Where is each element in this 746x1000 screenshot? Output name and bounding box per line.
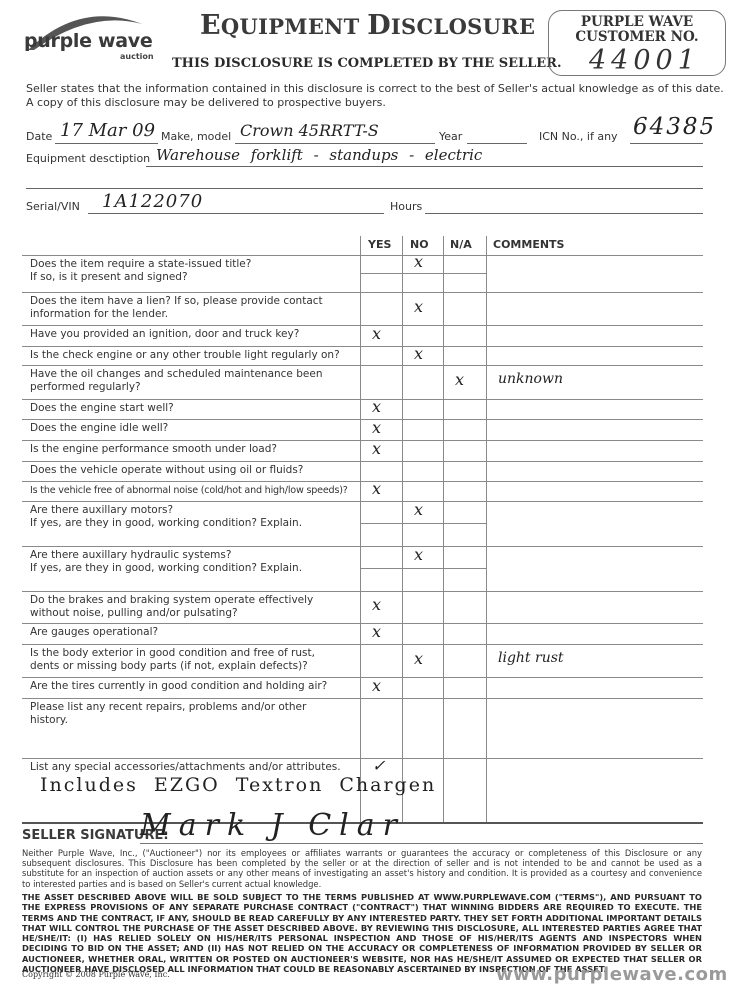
answer-cell-na[interactable]: [443, 546, 486, 568]
answer-cell-na[interactable]: [443, 481, 486, 501]
answer-cell-na[interactable]: [443, 591, 486, 623]
answer-cell-no[interactable]: [402, 440, 443, 461]
answer-cell-na[interactable]: [443, 365, 486, 399]
answer-cell-yes[interactable]: [360, 365, 402, 399]
x-mark-icon: x: [372, 676, 381, 695]
question-text: Are gauges operational?: [30, 626, 158, 639]
disclaimer-text: Neither Purple Wave, Inc., ("Auctioneer"…: [22, 848, 702, 889]
answer-cell-na[interactable]: [443, 677, 486, 698]
col-na-header: N/A: [450, 238, 472, 251]
answer-cell-no[interactable]: [402, 419, 443, 440]
answer-cell-na[interactable]: [443, 501, 486, 523]
question-text: Is the vehicle free of abnormal noise (c…: [30, 484, 348, 497]
question-text: Is the engine performance smooth under l…: [30, 443, 277, 456]
answer-cell-yes[interactable]: [360, 292, 402, 325]
serial-label: Serial/VIN: [26, 200, 80, 213]
date-label: Date: [26, 130, 52, 143]
description-field[interactable]: Warehouse forklift - standups - electric: [156, 146, 482, 164]
x-mark-icon: x: [372, 622, 381, 641]
answer-cell-na[interactable]: [443, 346, 486, 365]
answer-cell-no[interactable]: [402, 677, 443, 698]
answer-cell-na[interactable]: [443, 461, 486, 481]
question-text: Does the engine start well?: [30, 402, 174, 415]
col-comments-header: COMMENTS: [493, 238, 564, 251]
make-model-field[interactable]: Crown 45RRTT-S: [240, 121, 379, 140]
col-yes-header: YES: [368, 238, 391, 251]
question-text: List any special accessories/attachments…: [30, 761, 341, 774]
table-split-rule: [360, 273, 486, 274]
intro-statement: Seller states that the information conta…: [26, 82, 726, 109]
year-label: Year: [439, 130, 462, 143]
x-mark-icon: x: [372, 418, 381, 437]
description-label: Equipment desctiption: [26, 152, 150, 165]
question-text: Is the body exterior in good condition a…: [30, 647, 315, 673]
answer-cell-no[interactable]: [402, 481, 443, 501]
x-mark-icon: x: [372, 439, 381, 458]
x-mark-icon: x: [455, 370, 464, 389]
x-mark-icon: x: [414, 500, 423, 519]
x-mark-icon: x: [414, 545, 423, 564]
answer-cell-na[interactable]: [443, 623, 486, 644]
terms-text: THE ASSET DESCRIBED ABOVE WILL BE SOLD S…: [22, 892, 702, 974]
answer-cell-na[interactable]: [443, 292, 486, 325]
seller-signature[interactable]: Mark J Clar: [140, 808, 405, 843]
x-mark-icon: x: [372, 479, 381, 498]
answer-cell-no[interactable]: [402, 399, 443, 419]
x-mark-icon: x: [372, 324, 381, 343]
answer-cell-na[interactable]: [443, 644, 486, 677]
page-title: EQUIPMENT DISCLOSURE: [200, 10, 535, 41]
question-text: Please list any recent repairs, problems…: [30, 701, 306, 727]
answer-cell-na[interactable]: [443, 758, 486, 822]
answer-cell-no[interactable]: [402, 461, 443, 481]
answer-cell-na[interactable]: [443, 419, 486, 440]
customer-number-box: PURPLE WAVE CUSTOMER NO. 44001: [548, 10, 726, 76]
question-text: Does the engine idle well?: [30, 422, 168, 435]
description-extra-line: [26, 188, 703, 189]
question-text: Have the oil changes and scheduled maint…: [30, 368, 322, 394]
serial-field[interactable]: 1A122070: [102, 191, 203, 212]
x-mark-icon: x: [414, 344, 423, 363]
comment-field[interactable]: light rust: [498, 650, 564, 666]
answer-cell-yes[interactable]: [360, 501, 402, 523]
answer-cell-yes[interactable]: [360, 346, 402, 365]
icn-field[interactable]: 64385: [633, 114, 716, 140]
answer-cell-na[interactable]: [443, 255, 486, 273]
x-mark-icon: x: [372, 397, 381, 416]
answer-cell-na[interactable]: [443, 325, 486, 346]
x-mark-icon: x: [414, 297, 423, 316]
logo-subtext: auction: [120, 52, 154, 61]
answer-cell-yes[interactable]: [360, 698, 402, 758]
question-text: Are the tires currently in good conditio…: [30, 680, 327, 693]
hours-label: Hours: [390, 200, 422, 213]
answer-cell-no[interactable]: [402, 365, 443, 399]
date-field[interactable]: 17 Mar 09: [60, 120, 155, 141]
copyright: Copyright © 2008 Purple Wave, Inc.: [22, 970, 170, 979]
make-model-label: Make, model: [161, 130, 231, 143]
purple-wave-logo: purple wave auction: [20, 10, 170, 62]
table-split-rule: [360, 568, 486, 569]
question-text: Does the item have a lien? If so, please…: [30, 295, 323, 321]
website-link[interactable]: www.purplewave.com: [496, 964, 728, 985]
col-no-header: NO: [410, 238, 429, 251]
answer-cell-no[interactable]: [402, 698, 443, 758]
customer-number-label: PURPLE WAVE CUSTOMER NO.: [549, 15, 725, 45]
page-subtitle: THIS DISCLOSURE IS COMPLETED BY THE SELL…: [172, 56, 562, 71]
answer-cell-na[interactable]: [443, 698, 486, 758]
customer-number-value[interactable]: 44001: [589, 45, 700, 76]
table-split-rule: [360, 523, 486, 524]
question-text: Does the vehicle operate without using o…: [30, 464, 303, 477]
logo-text: purple wave: [24, 30, 152, 52]
accessories-field[interactable]: Includes EZGO Textron Chargen: [40, 774, 436, 796]
question-text: Are there auxillary motors? If yes, are …: [30, 504, 302, 530]
table-column-rule: [486, 236, 487, 822]
question-text: Have you provided an ignition, door and …: [30, 328, 299, 341]
answer-cell-yes[interactable]: [360, 644, 402, 677]
question-text: Are there auxillary hydraulic systems? I…: [30, 549, 302, 575]
question-text: Do the brakes and braking system operate…: [30, 594, 313, 620]
x-mark-icon: x: [372, 595, 381, 614]
question-text: Does the item require a state-issued tit…: [30, 258, 251, 284]
icn-label: ICN No., if any: [539, 130, 618, 143]
answer-cell-no[interactable]: [402, 623, 443, 644]
check-mark-icon: ✓: [372, 756, 385, 775]
x-mark-icon: x: [414, 252, 423, 271]
x-mark-icon: x: [414, 649, 423, 668]
answer-cell-no[interactable]: [402, 591, 443, 623]
answer-cell-na[interactable]: [443, 440, 486, 461]
answer-cell-yes[interactable]: [360, 461, 402, 481]
answer-cell-yes[interactable]: [360, 546, 402, 568]
answer-cell-na[interactable]: [443, 399, 486, 419]
question-text: Is the check engine or any other trouble…: [30, 349, 340, 362]
comment-field[interactable]: unknown: [498, 371, 563, 387]
answer-cell-yes[interactable]: [360, 255, 402, 273]
